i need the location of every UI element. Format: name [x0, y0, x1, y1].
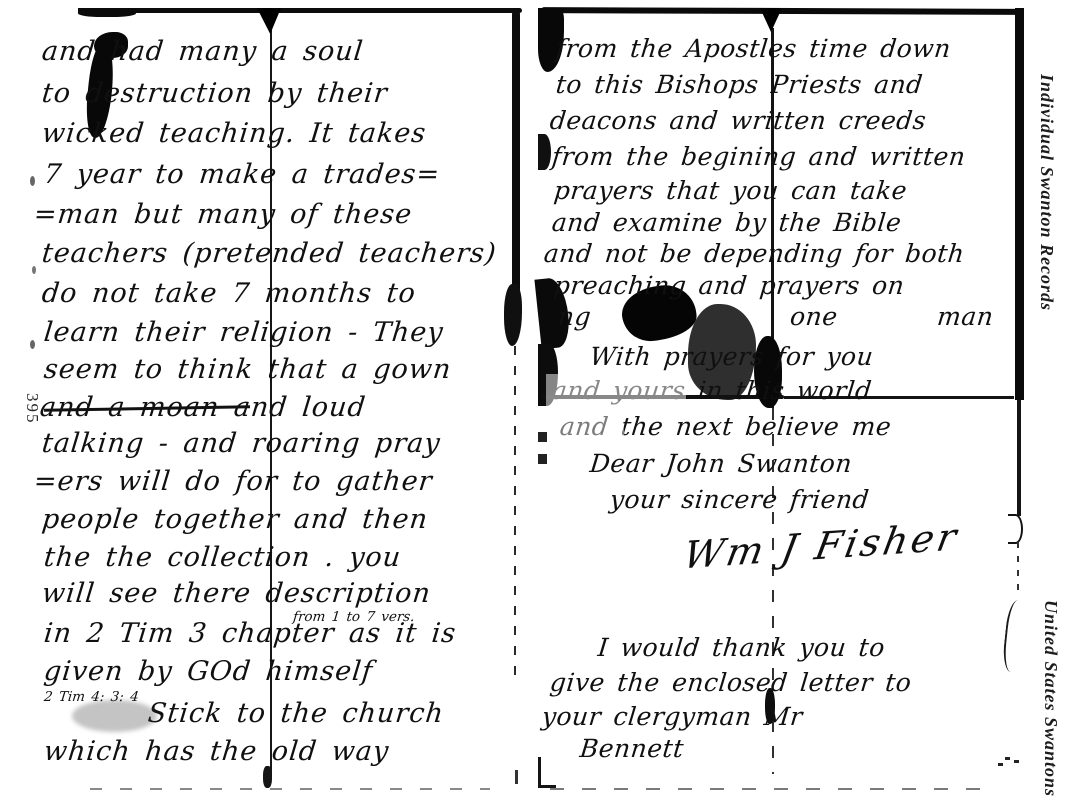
torn-edge-left-marks	[538, 432, 547, 472]
torn-edge-bottom	[550, 788, 980, 790]
torn-edge-top	[86, 8, 522, 13]
ink-smudge	[72, 700, 157, 732]
handwritten-line: from the begining and written	[550, 142, 967, 171]
scan-speck	[32, 266, 36, 274]
torn-edge-top-clump	[78, 8, 136, 17]
handwritten-line: given by GOd himself	[42, 656, 374, 687]
torn-edge-right-notch	[1008, 514, 1023, 544]
handwritten-line: your clergyman Mr	[540, 702, 804, 731]
torn-edge-bottom	[90, 788, 490, 790]
handwritten-line: to destruction by their	[40, 78, 389, 109]
handwritten-line: teachers (pretended teachers)	[40, 238, 498, 269]
handwritten-line: With prayers for you	[588, 342, 874, 371]
page-number: 395	[22, 393, 42, 425]
scanned-letter-spread: and had many a soul to destruction by th…	[0, 0, 1074, 800]
torn-edge-right-dots	[1017, 542, 1019, 598]
torn-edge-right-dashes	[514, 346, 516, 676]
handwritten-line: the the collection . you	[42, 542, 402, 573]
handwritten-line: in 2 Tim 3 chapter as it is	[42, 618, 458, 649]
torn-edge-left-blob	[538, 134, 551, 170]
handwritten-line: =ers will do for to gather	[32, 466, 434, 497]
handwritten-line: your sincere friend	[608, 485, 870, 514]
handwritten-line: people together and then	[40, 504, 429, 535]
handwritten-line: learn their religion - They	[42, 317, 445, 348]
left-page: and had many a soul to destruction by th…	[30, 8, 522, 790]
fold-notch	[760, 8, 782, 32]
scan-speck	[30, 340, 35, 349]
margin-label-united-states-swantons: United States Swantons	[1040, 600, 1061, 797]
handwritten-line: =man but many of these	[32, 199, 413, 230]
handwritten-line: wicked teaching. It takes	[40, 118, 427, 149]
fade-smudge	[546, 374, 686, 408]
signature-line: Wm J Fisher	[680, 515, 963, 578]
handwritten-line: ng one man	[556, 302, 995, 331]
handwritten-line: and not be depending for both	[542, 239, 966, 268]
handwritten-line: 7 year to make a trades=	[42, 159, 441, 190]
handwritten-line: Stick to the church	[146, 698, 445, 729]
handwritten-line: Dear John Swanton	[588, 449, 853, 478]
handwritten-line: and examine by the Bible	[550, 208, 902, 237]
handwritten-line: give the enclosed letter to	[548, 668, 913, 697]
handwritten-line: which has the old way	[42, 736, 390, 767]
handwritten-line: I would thank you to	[596, 633, 886, 662]
handwritten-line: preaching and prayers on	[552, 271, 905, 300]
handwritten-line: seem to think that a gown	[42, 354, 453, 385]
handwritten-line: Bennett	[578, 734, 685, 763]
fold-bottom-mark	[263, 766, 272, 788]
torn-edge-right-curve	[1001, 599, 1025, 672]
torn-edge-right-bulge	[504, 284, 522, 346]
handwritten-line: prayers that you can take	[552, 176, 908, 205]
handwritten-line: to this Bishops Priests and	[554, 70, 924, 99]
handwritten-line: from the Apostles time down	[554, 34, 952, 63]
handwritten-line: talking - and roaring pray	[40, 428, 442, 459]
handwritten-line: do not take 7 months to	[40, 278, 417, 309]
handwritten-line: deacons and written creeds	[548, 106, 927, 135]
handwritten-line: will see there description	[40, 578, 432, 609]
margin-label-individual-swanton-records: Individual Swanton Records	[1036, 74, 1057, 311]
fade-smudge	[554, 412, 624, 444]
torn-edge-corner	[538, 757, 556, 788]
right-page: from the Apostles time down to this Bish…	[538, 8, 1024, 790]
handwritten-line: and had many a soul	[40, 36, 365, 67]
torn-edge-marks	[1005, 757, 1010, 760]
torn-edge-right	[1015, 8, 1024, 400]
scan-speck	[30, 176, 35, 186]
torn-edge-right-thin	[1017, 400, 1021, 516]
torn-edge-corner-mark	[515, 770, 518, 784]
fold-notch	[257, 8, 281, 34]
torn-edge-right	[512, 10, 520, 300]
